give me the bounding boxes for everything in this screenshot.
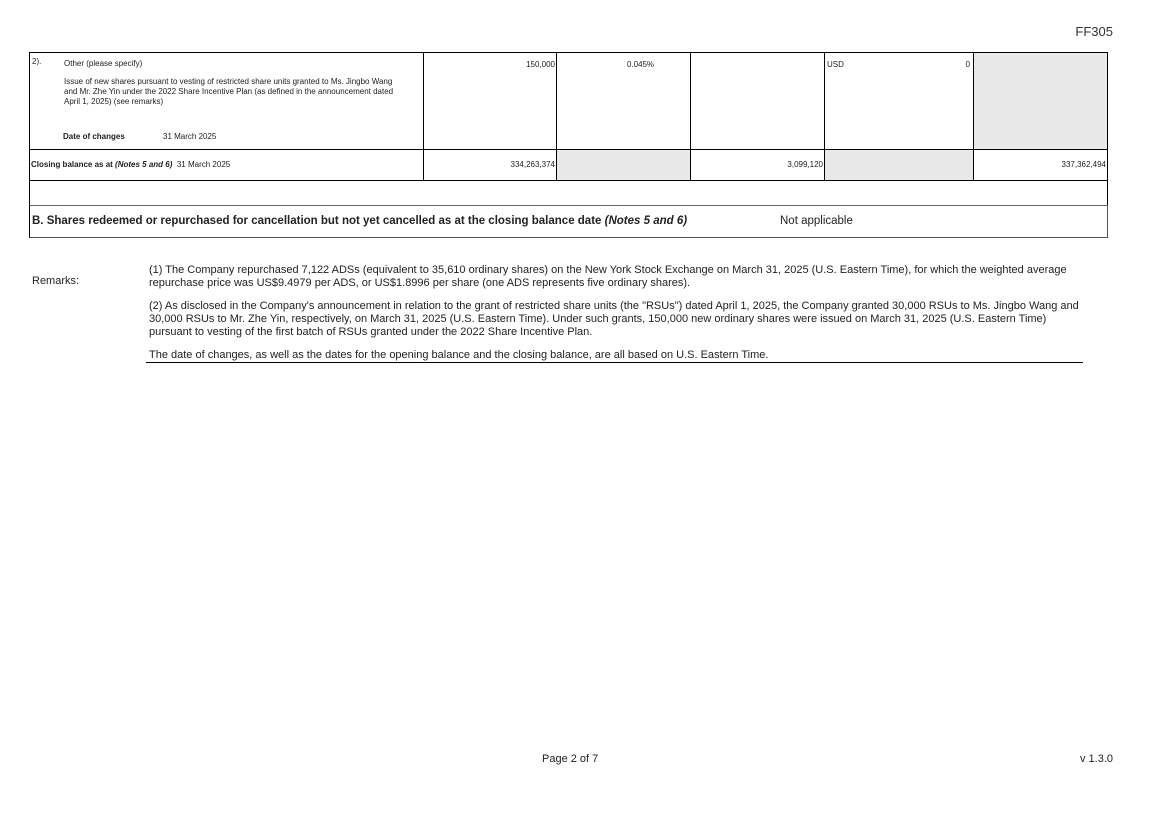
form-code: FF305 [1075, 24, 1113, 39]
section-b-text: B. Shares redeemed or repurchased for ca… [32, 215, 601, 227]
section-b-label: B. Shares redeemed or repurchased for ca… [32, 215, 687, 227]
section-b-notes: (Notes 5 and 6) [605, 215, 687, 227]
percentage-cell: 0.045 % [557, 53, 691, 149]
closing-date: 31 March 2025 [177, 160, 230, 169]
item-title: Other (please specify) [64, 59, 142, 68]
price-cell: USD 0 [825, 53, 974, 149]
item-description: Issue of new shares pursuant to vesting … [64, 77, 394, 107]
closing-issued-cell: 334,263,374 [424, 150, 557, 180]
closing-treasury-cell: 3,099,120 [691, 150, 825, 180]
section-b-value: Not applicable [780, 215, 853, 227]
closing-total-cell: 337,362,494 [974, 150, 1107, 180]
closing-shaded-cell-1 [557, 150, 691, 180]
section-b-row: B. Shares redeemed or repurchased for ca… [29, 205, 1108, 238]
closing-shaded-cell-2 [825, 150, 974, 180]
percentage-symbol: % [647, 60, 654, 69]
currency-code: USD [827, 60, 844, 69]
share-movement-table: 2). Other (please specify) Issue of new … [29, 52, 1108, 238]
shares-changed-cell: 150,000 [424, 53, 557, 149]
remarks-label: Remarks: [32, 275, 79, 287]
total-shaded-cell [974, 53, 1107, 149]
closing-treasury-value: 3,099,120 [787, 160, 823, 169]
other-changes-row: 2). Other (please specify) Issue of new … [29, 52, 1108, 149]
version: v 1.3.0 [1080, 753, 1113, 765]
remarks-body: (1) The Company repurchased 7,122 ADSs (… [149, 264, 1089, 373]
remark-2: (2) As disclosed in the Company's announ… [149, 300, 1089, 339]
blank-row [29, 180, 1108, 205]
page-number: Page 2 of 7 [542, 753, 598, 765]
shares-changed-value: 150,000 [526, 60, 555, 69]
remark-time-basis: The date of changes, as well as the date… [146, 349, 1083, 363]
treasury-changed-cell [691, 53, 825, 149]
closing-balance-row: Closing balance as at (Notes 5 and 6) 31… [29, 149, 1108, 180]
other-description-cell: 2). Other (please specify) Issue of new … [30, 53, 424, 149]
closing-label-bold: Closing balance as at [31, 160, 113, 169]
price-value: 0 [966, 60, 970, 69]
closing-balance-label: Closing balance as at (Notes 5 and 6) 31… [31, 160, 230, 169]
percentage-value: 0.045 [627, 60, 647, 69]
closing-label-notes: (Notes 5 and 6) [115, 160, 172, 169]
closing-label-cell: Closing balance as at (Notes 5 and 6) 31… [30, 150, 424, 180]
item-number: 2). [32, 57, 41, 66]
remark-1: (1) The Company repurchased 7,122 ADSs (… [149, 264, 1089, 290]
date-of-changes-label: Date of changes [63, 132, 125, 141]
closing-issued-value: 334,263,374 [511, 160, 556, 169]
date-of-changes-value: 31 March 2025 [163, 132, 216, 141]
closing-total-value: 337,362,494 [1062, 160, 1107, 169]
